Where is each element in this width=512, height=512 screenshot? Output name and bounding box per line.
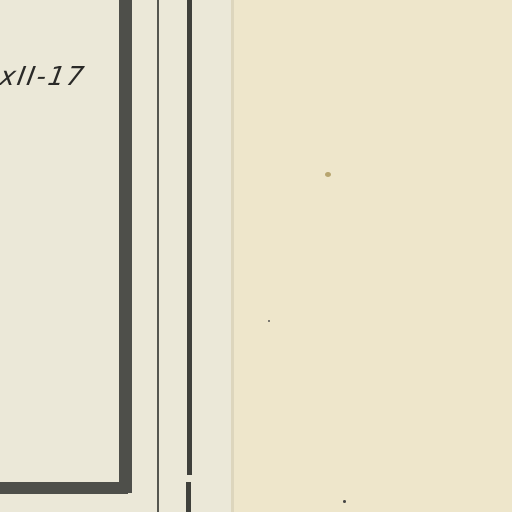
rule-line-thin [157, 0, 159, 512]
paper-edge [231, 0, 234, 512]
frame-border-horizontal [0, 482, 128, 494]
paper-stain [325, 172, 331, 177]
paper-speck [268, 320, 270, 322]
frame-border-vertical [119, 0, 132, 493]
rule-line-medium-lower [186, 482, 191, 512]
right-paper-sheet [233, 0, 512, 512]
handwritten-annotation: xII-17 [0, 62, 88, 92]
rule-line-medium [187, 0, 192, 475]
paper-speck [343, 500, 346, 503]
